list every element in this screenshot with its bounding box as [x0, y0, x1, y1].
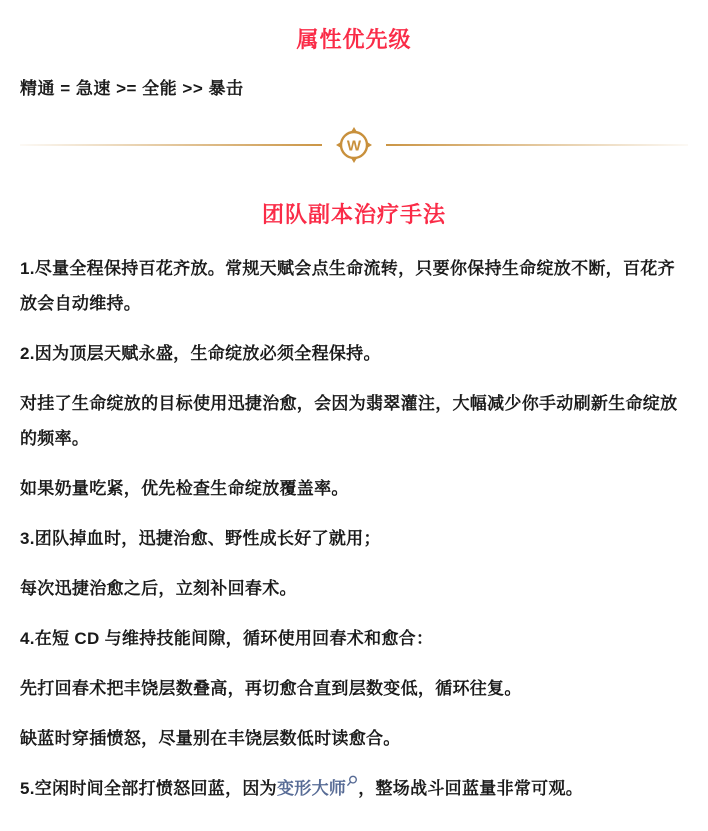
paragraph-text: 5.空闲时间全部打愤怒回蓝，因为 — [20, 779, 277, 798]
paragraph-text: ，整场战斗回蓝量非常可观。 — [358, 779, 583, 798]
shapeshift-master-link[interactable]: 变形大师 — [277, 779, 346, 798]
medallion-letter: W — [347, 138, 362, 155]
paragraph: 1.尽量全程保持百花齐放。常规天赋会点生命流转，只要你保持生命绽放不断，百花齐放… — [20, 251, 688, 321]
stat-priority-line: 精通 = 急速 >= 全能 >> 暴击 — [20, 78, 688, 100]
paragraph: 先打回春术把丰饶层数叠高，再切愈合直到层数变低，循环往复。 — [20, 671, 688, 706]
divider-line-left — [20, 144, 322, 146]
search-icon[interactable] — [346, 775, 358, 787]
paragraph: 对挂了生命绽放的目标使用迅捷治愈，会因为翡翠灌注，大幅减少你手动刷新生命绽放的频… — [20, 386, 688, 456]
wow-medallion-icon: W — [335, 126, 373, 164]
paragraph: 如果奶量吃紧，优先检查生命绽放覆盖率。 — [20, 471, 688, 506]
section-title-stat-priority: 属性优先级 — [20, 28, 688, 52]
section-title-raid-healing: 团队副本治疗手法 — [20, 203, 688, 227]
paragraph: 2.因为顶层天赋永盛，生命绽放必须全程保持。 — [20, 336, 688, 371]
divider-line-right — [386, 144, 688, 146]
article-body: 属性优先级 精通 = 急速 >= 全能 >> 暴击 W 团队副本治疗手法 1.尽… — [0, 0, 708, 831]
paragraph: 每次迅捷治愈之后，立刻补回春术。 — [20, 571, 688, 606]
paragraph: 缺蓝时穿插愤怒，尽量别在丰饶层数低时读愈合。 — [20, 721, 688, 756]
paragraph: 3.团队掉血时，迅捷治愈、野性成长好了就用； — [20, 521, 688, 556]
paragraph: 4.在短 CD 与维持技能间隙，循环使用回春术和愈合： — [20, 621, 688, 656]
section-divider: W — [20, 126, 688, 164]
